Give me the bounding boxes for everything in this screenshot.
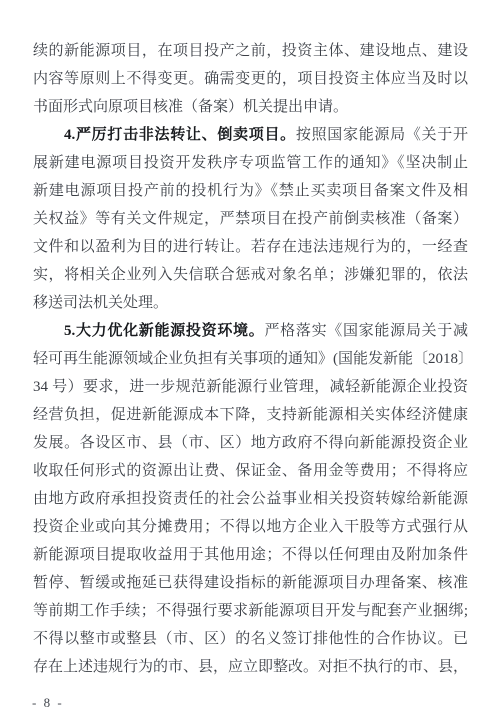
text-line: 投资企业或向其分摊费用；不得以地方企业入干股等方式强行从 (33, 513, 468, 541)
text-line: 发展。各设区市、县（市、区）地方政府不得向新能源投资企业 (33, 429, 468, 457)
text-line: 34 号）要求，进一步规范新能源行业管理，减轻新能源企业投资 (33, 373, 468, 401)
text-line: 内容等原则上不得变更。确需变更的，项目投资主体应当及时以 (33, 65, 468, 93)
text-line: 轻可再生能源领域企业负担有关事项的通知》(国能发新能〔2018〕 (33, 345, 468, 373)
text-line: 由地方政府承担投资责任的社会公益事业相关投资转嫁给新能源 (33, 485, 468, 513)
clause-4-heading: 4.严厉打击非法转让、倒卖项目。 (64, 127, 296, 143)
document-body: 续的新能源项目，在项目投产之前，投资主体、建设地点、建设 内容等原则上不得变更。… (33, 37, 468, 681)
text-line: 展新建电源项目投资开发秩序专项监管工作的通知》《坚决制止 (33, 149, 468, 177)
text-line-clause-5: 5.大力优化新能源投资环境。严格落实《国家能源局关于减 (33, 317, 468, 345)
text-line: 存在上述违规行为的市、县，应立即整改。对拒不执行的市、县， (33, 653, 468, 681)
text-line: 文件和以盈利为目的进行转让。若存在违法违规行为的，一经查 (33, 233, 468, 261)
text-line: 收取任何形式的资源出让费、保证金、备用金等费用；不得将应 (33, 457, 468, 485)
text-line: 续的新能源项目，在项目投产之前，投资主体、建设地点、建设 (33, 37, 468, 65)
text-line: 经营负担，促进新能源成本下降，支持新能源相关实体经济健康 (33, 401, 468, 429)
text-line: 等前期工作手续；不得强行要求新能源项目开发与配套产业捆绑; (33, 597, 468, 625)
page-number: - 8 - (32, 693, 64, 713)
text-line: 暂停、暂缓或拖延已获得建设指标的新能源项目办理备案、核准 (33, 569, 468, 597)
text-line: 移送司法机关处理。 (33, 289, 468, 317)
clause-5-heading: 5.大力优化新能源投资环境。 (64, 323, 264, 339)
text-line: 关权益》等有关文件规定，严禁项目在投产前倒卖核准（备案） (33, 205, 468, 233)
text-line: 书面形式向原项目核准（备案）机关提出申请。 (33, 93, 468, 121)
text-line: 新能源项目提取收益用于其他用途；不得以任何理由及附加条件 (33, 541, 468, 569)
text-line: 实，将相关企业列入失信联合惩戒对象名单；涉嫌犯罪的，依法 (33, 261, 468, 289)
text-line-clause-4: 4.严厉打击非法转让、倒卖项目。按照国家能源局《关于开 (33, 121, 468, 149)
clause-4-body-start: 按照国家能源局《关于开 (296, 127, 468, 143)
text-line: 不得以整市或整县（市、区）的名义签订排他性的合作协议。已 (33, 625, 468, 653)
document-page: 续的新能源项目，在项目投产之前，投资主体、建设地点、建设 内容等原则上不得变更。… (0, 0, 500, 726)
text-line: 新建电源项目投产前的投机行为》《禁止买卖项目备案文件及相 (33, 177, 468, 205)
clause-5-body-start: 严格落实《国家能源局关于减 (264, 323, 468, 339)
